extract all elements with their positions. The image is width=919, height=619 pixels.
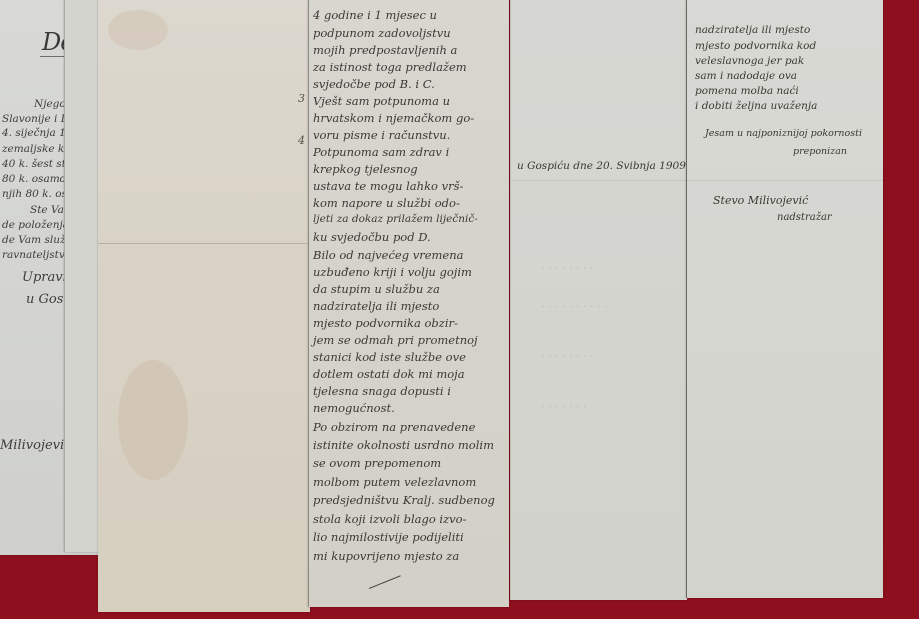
stain xyxy=(108,10,168,50)
letter-line: 4 godine i 1 mjesec u xyxy=(313,8,437,22)
letter-line: za istinost toga predlažem xyxy=(313,60,467,74)
signature: Stevo Milivojević xyxy=(713,194,808,207)
letter-line: molbom putem velezlavnom xyxy=(313,475,476,489)
salutation-closing: preponizan xyxy=(793,146,847,157)
stain xyxy=(118,360,188,480)
letter-line: se ovom prepomenom xyxy=(313,456,441,470)
blank-sheet: 3 4 xyxy=(98,0,310,612)
letter-line: kom napore u službi odo- xyxy=(313,196,460,210)
salutation: Jesam u najponiznijoj pokornosti xyxy=(705,128,862,139)
letter-line: mojih predpostavljenih a xyxy=(313,43,457,57)
letter-line: krepkog tjelesnog xyxy=(313,162,418,176)
letter-line: stanici kod iste službe ove xyxy=(313,350,466,364)
letter-line: Bilo od najvećeg vremena xyxy=(313,248,464,262)
closing-line: i dobiti željna uvaženja xyxy=(695,100,817,112)
closing-line: pomena molba naći xyxy=(695,85,799,97)
fold-line xyxy=(687,180,883,181)
letter-line: mjesto podvornika obzir- xyxy=(313,316,458,330)
letter-line: svjedočbe pod B. i C. xyxy=(313,77,435,91)
letter-line: ku svjedočbu pod D. xyxy=(313,230,431,244)
date-page: u Gospiću dne 20. Svibnja 1909. · · · · … xyxy=(510,0,687,600)
letter-page: 4 godine i 1 mjesec u podpunom zadovoljs… xyxy=(308,0,509,607)
letter-line: Vješt sam potpunoma u xyxy=(313,94,450,108)
dateline: u Gospiću dne 20. Svibnja 1909. xyxy=(517,160,689,172)
letter-line: voru pisme i računstvu. xyxy=(313,128,450,142)
letter-line: istinite okolnosti usrdno molim xyxy=(313,438,494,452)
pen-flourish xyxy=(369,575,401,589)
letter-line: stola koji izvoli blago izvo- xyxy=(313,512,466,526)
fold-line xyxy=(98,243,310,244)
letter-line: nadziratelja ili mjesto xyxy=(313,299,439,313)
closing-page: nadziratelja ili mjesto mjesto podvornik… xyxy=(686,0,883,598)
closing-line: sam i nadodaje ova xyxy=(695,70,797,82)
letter-line: Po obzirom na prenavedene xyxy=(313,420,475,434)
item-number: 3 xyxy=(298,92,305,105)
letter-line: jem se odmah pri prometnoj xyxy=(313,333,478,347)
closing-line: mjesto podvornika kod xyxy=(695,40,816,52)
closing-line: nadziratelja ili mjesto xyxy=(695,24,810,36)
letter-line: da stupim u službu za xyxy=(313,282,440,296)
letter-line: lio najmilostivije podijeliti xyxy=(313,530,464,544)
closing-line: veleslavnoga jer pak xyxy=(695,55,804,67)
fold-line xyxy=(511,180,687,181)
letter-line: nemogućnost. xyxy=(313,401,395,415)
letter-line: hrvatskom i njemačkom go- xyxy=(313,111,474,125)
letter-line: ustava te mogu lahko vrš- xyxy=(313,179,463,193)
letter-line: uzbuđeno kriji i volju gojim xyxy=(313,265,472,279)
decree-signature: Milivojević xyxy=(0,438,71,453)
letter-line: Potpunoma sam zdrav i xyxy=(313,145,449,159)
letter-line: predsjedništvu Kralj. sudbenog xyxy=(313,493,495,507)
letter-line: ljeti za dokaz prilažem liječnič- xyxy=(313,213,478,225)
letter-line: tjelesna snaga dopusti i xyxy=(313,384,451,398)
letter-line: dotlem ostati dok mi moja xyxy=(313,367,465,381)
letter-line: mi kupovrijeno mjesto za xyxy=(313,549,459,563)
item-number: 4 xyxy=(298,134,305,147)
signature-title: nadstražar xyxy=(777,212,832,223)
letter-line: podpunom zadovoljstvu xyxy=(313,26,451,40)
